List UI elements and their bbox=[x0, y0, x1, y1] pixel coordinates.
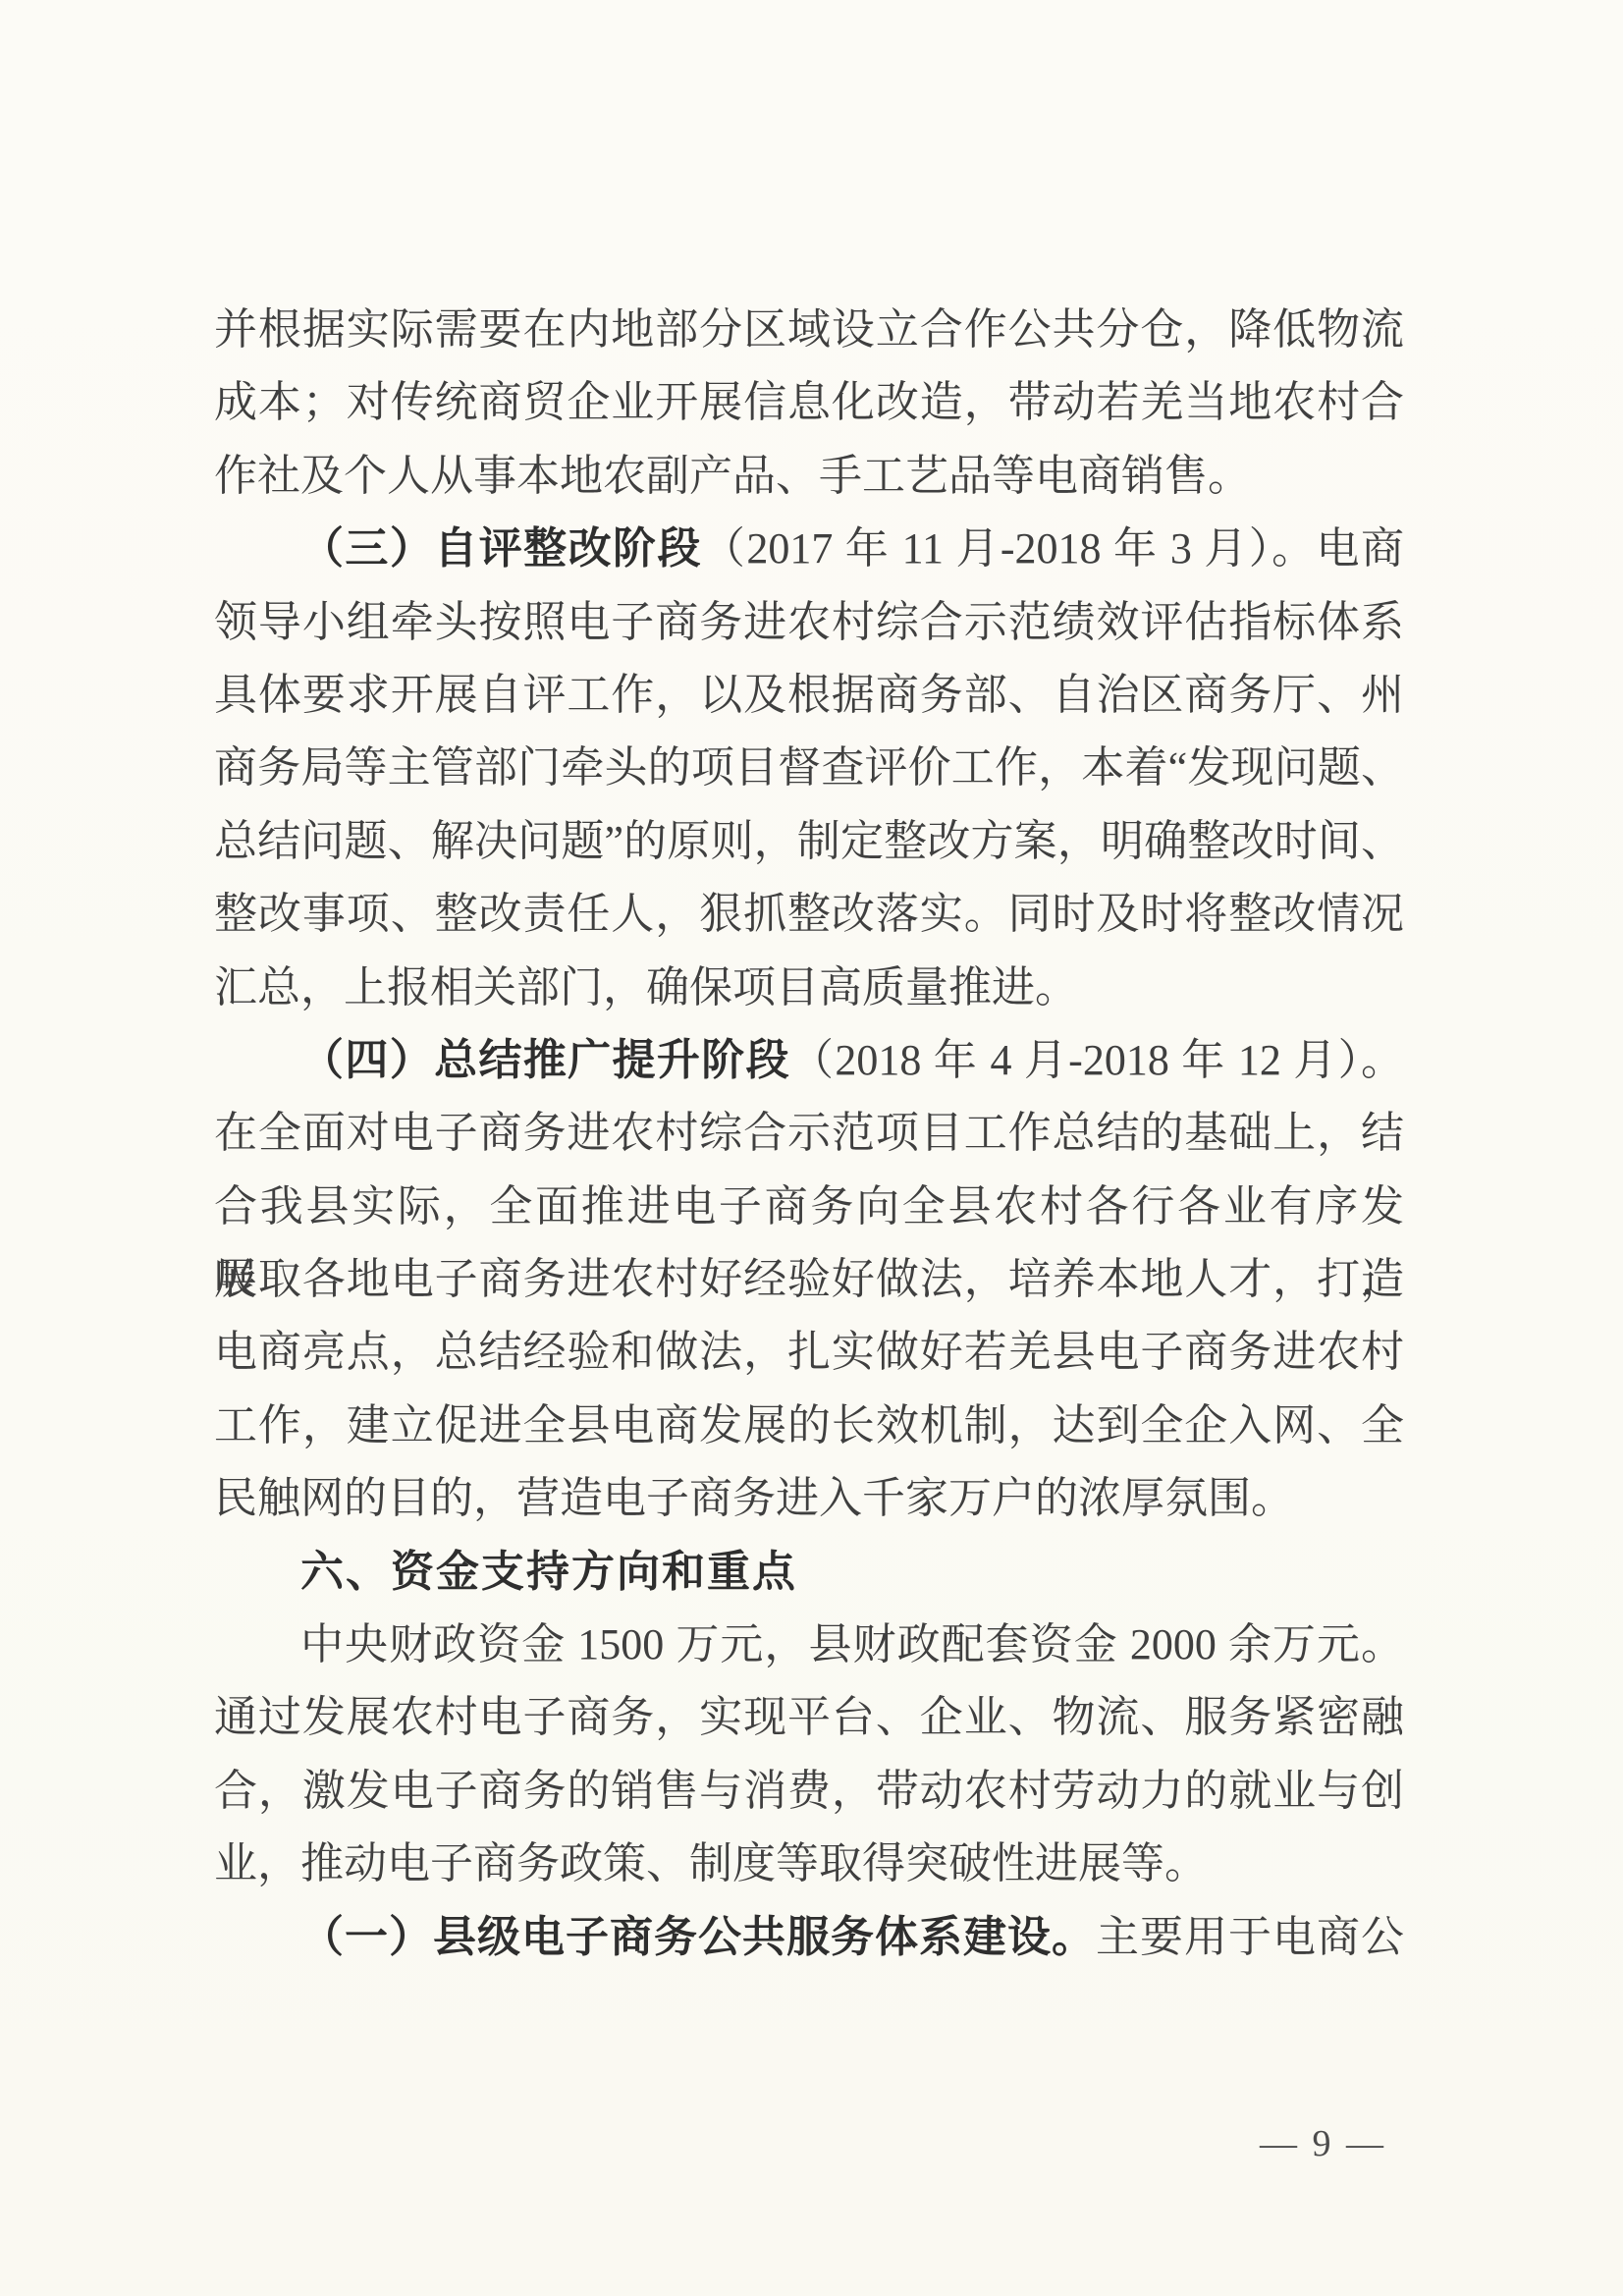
text-line: 合，激发电子商务的销售与消费，带动农村劳动力的就业与创 bbox=[214, 1755, 1404, 1828]
text-segment: 汇总，上报相关部门，确保项目高质量推进。 bbox=[214, 963, 1078, 1011]
text-segment: 通过发展农村电子商务，实现平台、企业、物流、服务紧密融 bbox=[214, 1693, 1404, 1741]
text-line: 通过发展农村电子商务，实现平台、企业、物流、服务紧密融 bbox=[214, 1681, 1404, 1754]
text-line: （四）总结推广提升阶段（2018 年 4 月-2018 年 12 月）。 bbox=[214, 1024, 1404, 1097]
text-line: 领导小组牵头按照电子商务进农村综合示范绩效评估指标体系 bbox=[214, 586, 1404, 659]
text-line: 合我县实际，全面推进电子商务向全县农村各行各业有序发展， bbox=[214, 1171, 1404, 1243]
text-line: 作社及个人从事本地农副产品、手工艺品等电商销售。 bbox=[214, 440, 1404, 513]
text-block: 并根据实际需要在内地部分区域设立合作公共分仓，降低物流成本；对传统商贸企业开展信… bbox=[214, 294, 1404, 1974]
text-segment: （2017 年 11 月-2018 年 3 月）。电商 bbox=[702, 524, 1404, 573]
text-segment: 合，激发电子商务的销售与消费，带动农村劳动力的就业与创 bbox=[214, 1767, 1404, 1815]
text-segment: 作社及个人从事本地农副产品、手工艺品等电商销售。 bbox=[214, 452, 1251, 500]
text-segment: 业，推动电子商务政策、制度等取得突破性进展等。 bbox=[214, 1839, 1208, 1887]
text-segment: 总结问题、解决问题”的原则，制定整改方案，明确整改时间、 bbox=[214, 817, 1404, 865]
text-segment: 主要用于电商公 bbox=[1096, 1913, 1404, 1961]
text-segment: 商务局等主管部门牵头的项目督查评价工作，本着“发现问题、 bbox=[214, 743, 1404, 792]
text-line: 具体要求开展自评工作，以及根据商务部、自治区商务厅、州 bbox=[214, 659, 1404, 732]
page-number: — 9 — bbox=[1260, 2121, 1386, 2166]
text-line: （三）自评整改阶段（2017 年 11 月-2018 年 3 月）。电商 bbox=[214, 513, 1404, 585]
bold-text-segment: 六、资金支持方向和重点 bbox=[300, 1548, 797, 1596]
text-line: 总结问题、解决问题”的原则，制定整改方案，明确整改时间、 bbox=[214, 805, 1404, 878]
text-line: （一）县级电子商务公共服务体系建设。主要用于电商公 bbox=[214, 1901, 1404, 1974]
text-segment: 工作，建立促进全县电商发展的长效机制，达到全企入网、全 bbox=[214, 1401, 1404, 1449]
text-line: 并根据实际需要在内地部分区域设立合作公共分仓，降低物流 bbox=[214, 294, 1404, 366]
bold-text-segment: （四）总结推广提升阶段 bbox=[300, 1036, 790, 1084]
text-segment: 具体要求开展自评工作，以及根据商务部、自治区商务厅、州 bbox=[214, 671, 1404, 719]
text-line: 在全面对电子商务进农村综合示范项目工作总结的基础上，结 bbox=[214, 1097, 1404, 1170]
text-line: 吸取各地电子商务进农村好经验好做法，培养本地人才，打造 bbox=[214, 1243, 1404, 1316]
text-segment: 民触网的目的，营造电子商务进入千家万户的浓厚氛围。 bbox=[214, 1474, 1294, 1522]
text-line: 业，推动电子商务政策、制度等取得突破性进展等。 bbox=[214, 1828, 1404, 1900]
bold-text-segment: （一）县级电子商务公共服务体系建设。 bbox=[300, 1913, 1096, 1961]
text-segment: 在全面对电子商务进农村综合示范项目工作总结的基础上，结 bbox=[214, 1109, 1404, 1157]
bold-text-segment: （三）自评整改阶段 bbox=[300, 524, 702, 573]
text-line: 工作，建立促进全县电商发展的长效机制，达到全企入网、全 bbox=[214, 1390, 1404, 1462]
text-line: 整改事项、整改责任人，狠抓整改落实。同时及时将整改情况 bbox=[214, 878, 1404, 951]
text-segment: （2018 年 4 月-2018 年 12 月）。 bbox=[790, 1036, 1404, 1084]
text-segment: 中央财政资金 1500 万元，县财政配套资金 2000 余万元。 bbox=[300, 1620, 1404, 1668]
text-segment: 并根据实际需要在内地部分区域设立合作公共分仓，降低物流 bbox=[214, 305, 1404, 354]
text-line: 商务局等主管部门牵头的项目督查评价工作，本着“发现问题、 bbox=[214, 732, 1404, 804]
text-segment: 成本；对传统商贸企业开展信息化改造，带动若羌当地农村合 bbox=[214, 378, 1404, 426]
text-segment: 领导小组牵头按照电子商务进农村综合示范绩效评估指标体系 bbox=[214, 598, 1404, 646]
text-segment: 电商亮点，总结经验和做法，扎实做好若羌县电子商务进农村 bbox=[214, 1328, 1404, 1376]
text-line: 中央财政资金 1500 万元，县财政配套资金 2000 余万元。 bbox=[214, 1609, 1404, 1681]
document-page: 并根据实际需要在内地部分区域设立合作公共分仓，降低物流成本；对传统商贸企业开展信… bbox=[0, 0, 1623, 2296]
text-line: 成本；对传统商贸企业开展信息化改造，带动若羌当地农村合 bbox=[214, 366, 1404, 439]
text-segment: 吸取各地电子商务进农村好经验好做法，培养本地人才，打造 bbox=[214, 1255, 1404, 1303]
section-heading: 六、资金支持方向和重点 bbox=[214, 1536, 1404, 1609]
text-line: 汇总，上报相关部门，确保项目高质量推进。 bbox=[214, 952, 1404, 1024]
text-line: 电商亮点，总结经验和做法，扎实做好若羌县电子商务进农村 bbox=[214, 1316, 1404, 1389]
text-segment: 整改事项、整改责任人，狠抓整改落实。同时及时将整改情况 bbox=[214, 890, 1404, 938]
text-line: 民触网的目的，营造电子商务进入千家万户的浓厚氛围。 bbox=[214, 1462, 1404, 1535]
